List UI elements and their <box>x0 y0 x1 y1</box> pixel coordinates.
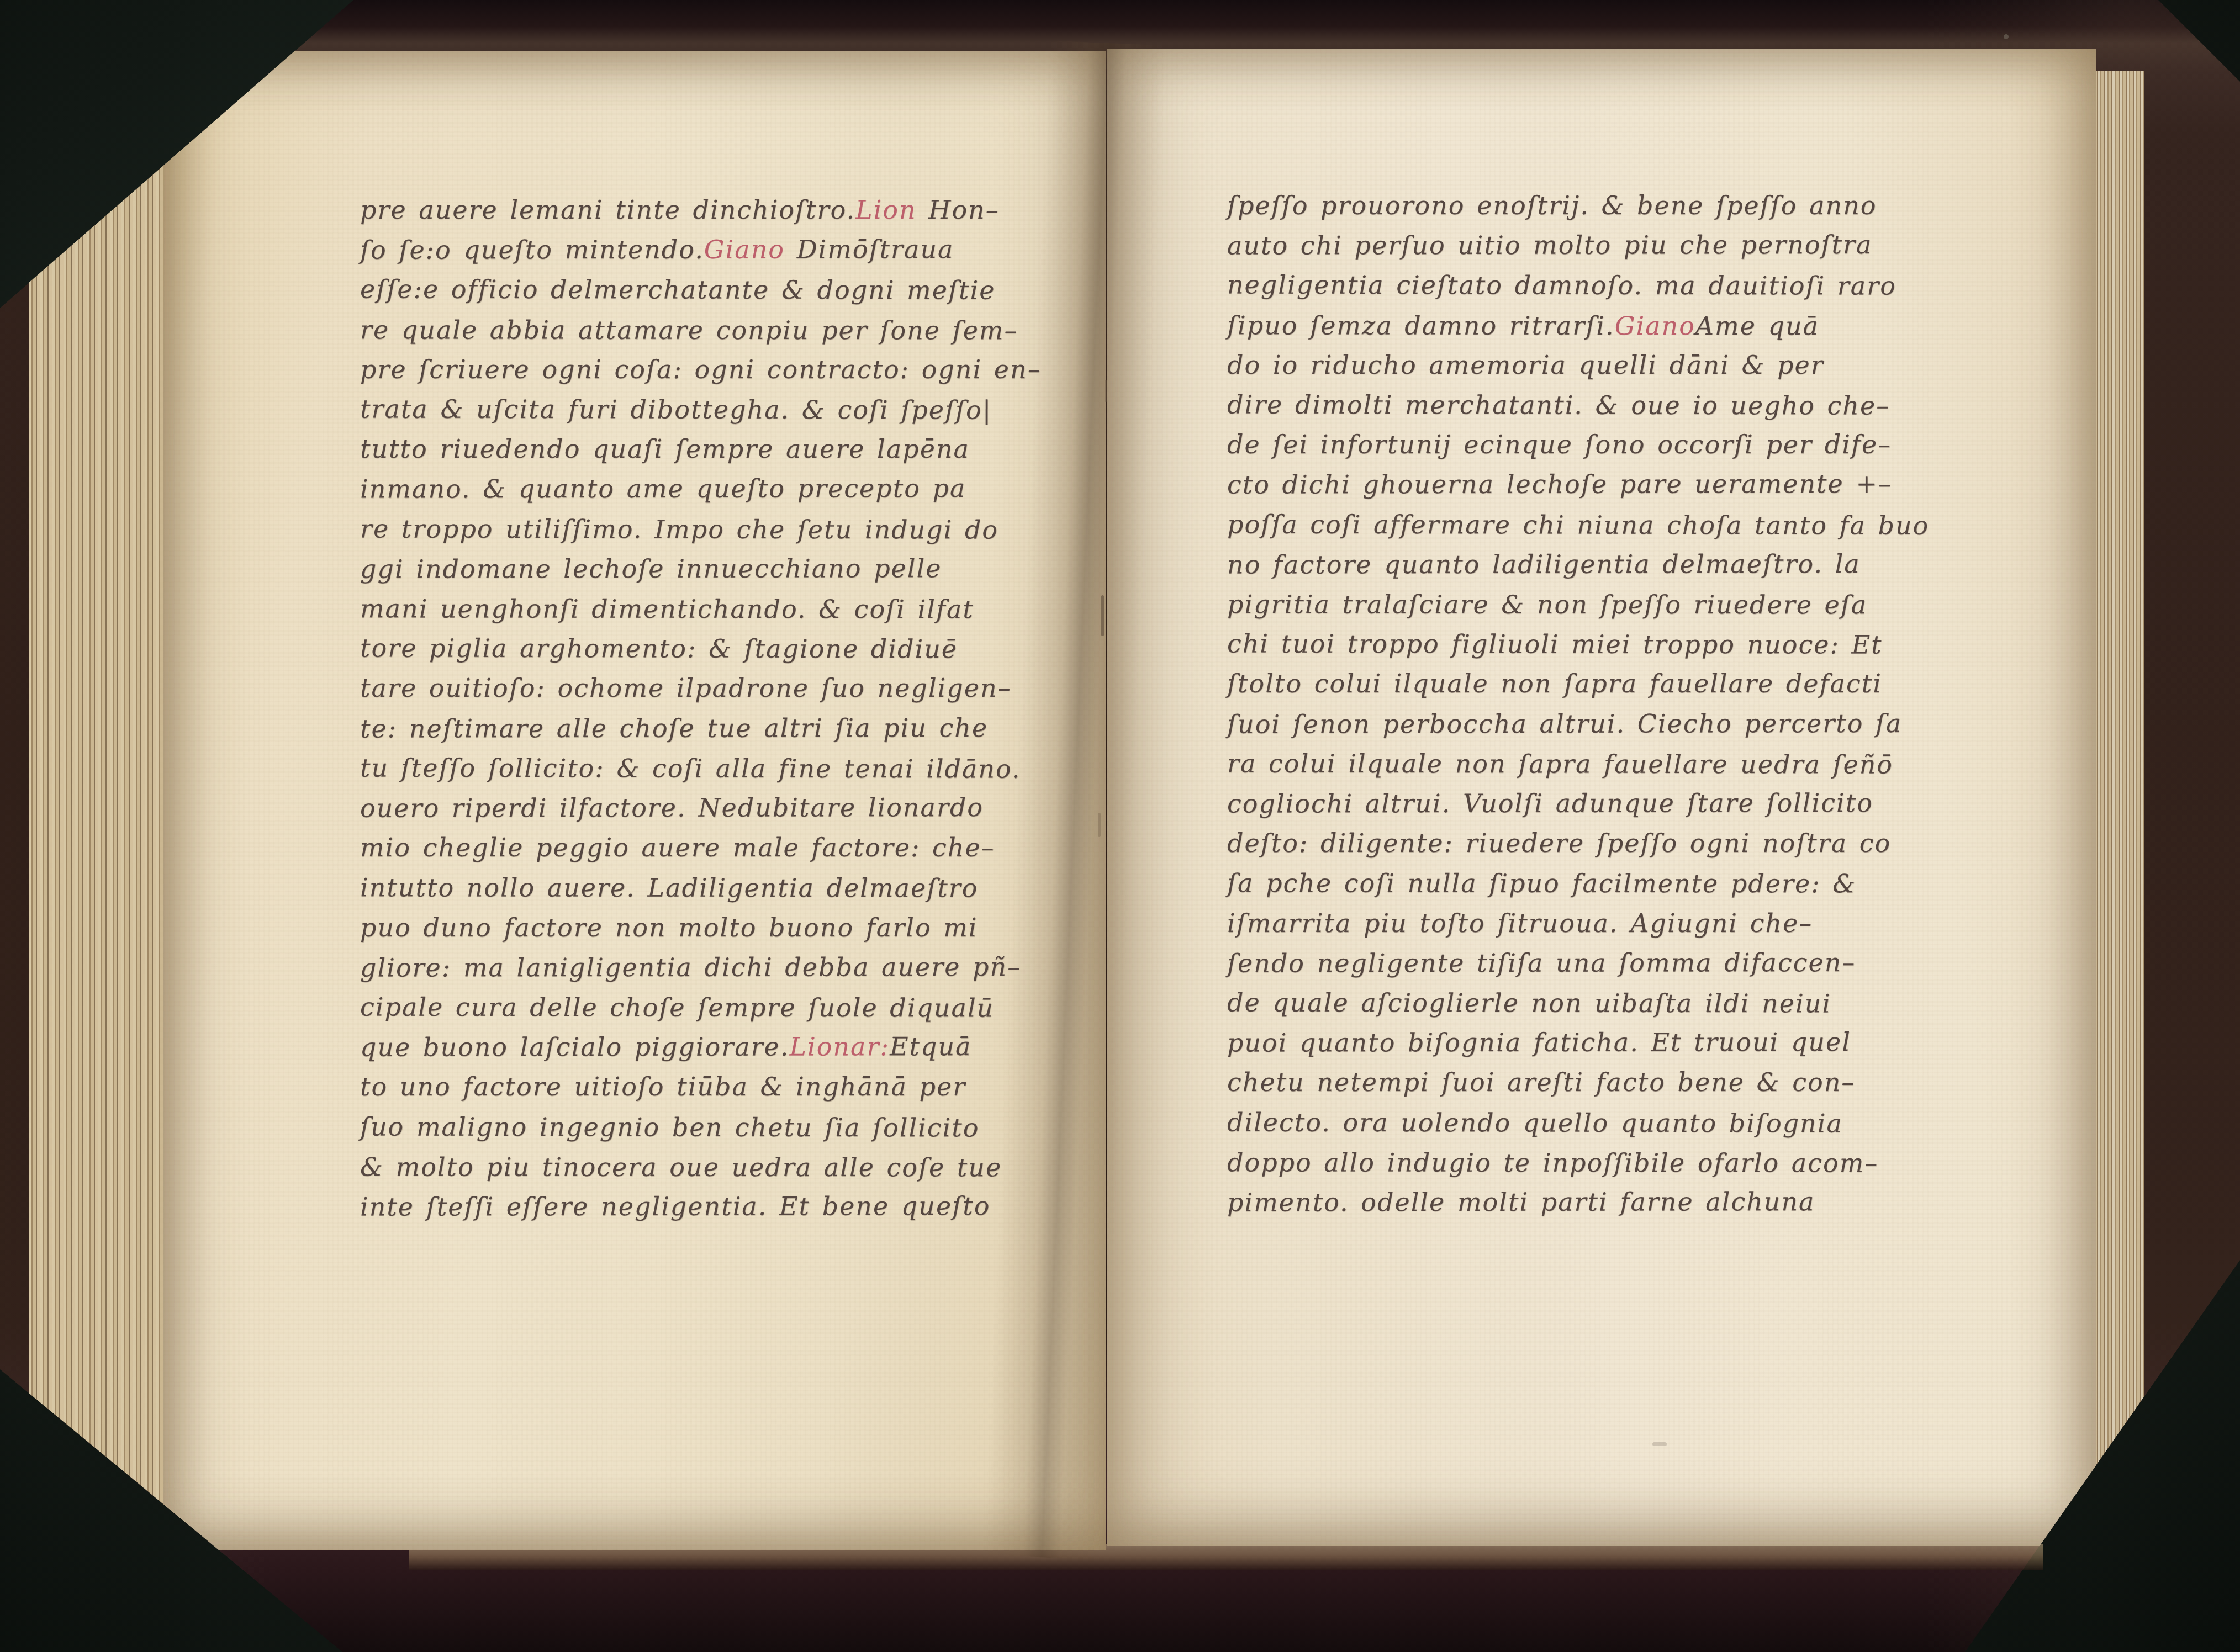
manuscript-line: doppo allo indugio te inpoſſibile ofarlo… <box>1227 1142 1915 1183</box>
manuscript-text: ſtolto colui ilquale non ſapra fauellare… <box>1227 669 1882 698</box>
manuscript-text: trata & uſcita furi dibottegha. & coſi ſ… <box>360 394 992 425</box>
manuscript-line: negligentia cieſtato damnoſo. ma dauitio… <box>1227 265 1915 306</box>
manuscript-line: intutto nollo auere. Ladiligentia delmae… <box>360 868 1048 908</box>
manuscript-line: gliore: ma lanigligentia dichi debba aue… <box>360 947 1048 988</box>
manuscript-text: deſto: diligente: riuedere ſpeſſo ogni n… <box>1227 828 1891 858</box>
manuscript-text: ſendo negligente tiſiſa una ſomma difacc… <box>1227 947 1856 978</box>
manuscript-text: do io riducho amemoria quelli dāni & per <box>1227 350 1824 380</box>
manuscript-text: pre auere lemani tinte dinchioſtro. <box>360 195 855 225</box>
manuscript-text: chi tuoi troppo figliuoli miei troppo nu… <box>1227 629 1883 660</box>
manuscript-line: ſo ſe:o queſto mintendo.Giano Dimōſtraua <box>360 229 1048 270</box>
manuscript-line: ſa pche coſi nulla ſipuo facilmente pder… <box>1227 864 1915 904</box>
manuscript-line: cipale cura delle choſe ſempre ſuole diq… <box>360 987 1048 1028</box>
manuscript-text: Hon– <box>917 195 1000 225</box>
manuscript-line: inte ſteſſi eſſere negligentia. Et bene … <box>360 1186 1048 1227</box>
manuscript-text: dilecto. ora uolendo quello quanto biſog… <box>1227 1107 1843 1138</box>
manuscript-line: ggi indomane lechoſe innuecchiano pelle <box>360 548 1048 589</box>
manuscript-text: no factore quanto ladiligentia delmaeſtr… <box>1227 549 1861 580</box>
manuscript-text: ra colui ilquale non ſapra fauellare ued… <box>1227 748 1893 779</box>
manuscript-text: ggi indomane lechoſe innuecchiano pelle <box>360 553 942 584</box>
manuscript-line: te: neſtimare alle choſe tue altri ſia p… <box>360 708 1048 749</box>
rubric-speaker-label: Giano <box>704 235 785 264</box>
manuscript-line: ſuoi ſenon perboccha altrui. Ciecho perc… <box>1227 703 1915 744</box>
manuscript-line: cto dichi ghouerna lechoſe pare uerament… <box>1227 464 1915 505</box>
manuscript-line: re troppo utiliſſimo. Impo che ſetu indu… <box>360 509 1048 549</box>
manuscript-line: pigritia tralaſciare & non ſpeſſo riuede… <box>1227 584 1915 624</box>
manuscript-line: eſſe:e officio delmerchatante & dogni me… <box>360 269 1048 310</box>
manuscript-line: tu ſteſſo ſollicito: & coſi alla fine te… <box>360 748 1048 788</box>
right-page-text: ſpeſſo prouorono enoſtrij. & bene ſpeſſo… <box>1227 186 1915 1222</box>
manuscript-line: ſpeſſo prouorono enoſtrij. & bene ſpeſſo… <box>1227 186 1915 225</box>
manuscript-line: ſipuo ſemza damno ritrarſi.GianoAme quā <box>1227 305 1915 346</box>
manuscript-line: inmano. & quanto ame queſto precepto pa <box>360 468 1048 509</box>
manuscript-line: pimento. odelle molti parti farne alchun… <box>1227 1182 1915 1222</box>
manuscript-text: eſſe:e officio delmerchatante & dogni me… <box>360 274 995 305</box>
manuscript-line: pre ſcriuere ogni coſa: ogni contracto: … <box>360 350 1048 389</box>
manuscript-text: tare ouitioſo: ochome ilpadrone ſuo negl… <box>360 673 1012 703</box>
gutter-ink-mark <box>1105 380 1107 402</box>
manuscript-text: ſipuo ſemza damno ritrarſi. <box>1227 310 1615 341</box>
manuscript-text: te: neſtimare alle choſe tue altri ſia p… <box>360 713 988 744</box>
manuscript-text: chetu netempi ſuoi areſti facto bene & c… <box>1227 1067 1855 1097</box>
manuscript-line: cogliochi altrui. Vuolſi adunque ſtare ſ… <box>1227 783 1915 824</box>
manuscript-text: de ſei infortunij ecinque ſono occorſi p… <box>1227 430 1892 459</box>
manuscript-line: que buono laſcialo piggiorare.Lionar:Etq… <box>360 1026 1048 1067</box>
manuscript-text: auto chi perſuo uitio molto piu che pern… <box>1227 230 1873 261</box>
manuscript-text: ſa pche coſi nulla ſipuo facilmente pder… <box>1227 869 1856 899</box>
manuscript-line: do io riducho amemoria quelli dāni & per <box>1227 345 1915 385</box>
manuscript-line: dilecto. ora uolendo quello quanto biſog… <box>1227 1102 1915 1143</box>
manuscript-text: cogliochi altrui. Vuolſi adunque ſtare ſ… <box>1227 788 1873 819</box>
ink-smudge <box>1652 1442 1667 1446</box>
manuscript-line: auto chi perſuo uitio molto piu che pern… <box>1227 225 1915 266</box>
manuscript-text: ouero riperdi ilfactore. Nedubitare lion… <box>360 792 984 823</box>
rubric-speaker-label: Lion <box>855 195 917 225</box>
manuscript-line: de ſei infortunij ecinque ſono occorſi p… <box>1227 425 1915 464</box>
manuscript-line: tore piglia arghomento: & ſtagione didiu… <box>360 628 1048 669</box>
manuscript-line: puo duno factore non molto buono farlo m… <box>360 908 1048 947</box>
manuscript-text: que buono laſcialo piggiorare. <box>360 1032 789 1062</box>
manuscript-line: ſendo negligente tiſiſa una ſomma difacc… <box>1227 943 1915 983</box>
manuscript-text: tu ſteſſo ſollicito: & coſi alla fine te… <box>360 753 1021 783</box>
manuscript-text: re quale abbia attamare conpiu per ſone … <box>360 315 1018 345</box>
gutter-ink-mark <box>1098 813 1101 837</box>
manuscript-text: puo duno factore non molto buono farlo m… <box>360 913 978 943</box>
manuscript-text: Ame quā <box>1695 311 1819 341</box>
manuscript-text: Etquā <box>890 1031 972 1061</box>
manuscript-text: mio cheglie peggio auere male factore: c… <box>360 833 995 862</box>
manuscript-text: & molto piu tinocera oue uedra alle coſe… <box>360 1152 1002 1182</box>
manuscript-text: iſmarrita piu toſto ſitruoua. Agiugni ch… <box>1227 908 1813 938</box>
page-edge-stack-right <box>2091 71 2144 1550</box>
manuscript-text: cto dichi ghouerna lechoſe pare uerament… <box>1227 469 1892 500</box>
manuscript-line: de quale aſcioglierle non uibaſta ildi n… <box>1227 983 1915 1024</box>
manuscript-text: Dimōſtraua <box>785 234 954 264</box>
manuscript-line: & molto piu tinocera oue uedra alle coſe… <box>360 1147 1048 1187</box>
manuscript-text: puoi quanto biſognia faticha. Et truoui … <box>1227 1027 1851 1058</box>
manuscript-text: de quale aſcioglierle non uibaſta ildi n… <box>1227 988 1831 1019</box>
manuscript-text: gliore: ma lanigligentia dichi debba aue… <box>360 952 1021 983</box>
manuscript-line: ouero riperdi ilfactore. Nedubitare lion… <box>360 787 1048 828</box>
manuscript-photo: pre auere lemani tinte dinchioſtro.Lion … <box>0 0 2240 1652</box>
manuscript-text: re troppo utiliſſimo. Impo che ſetu indu… <box>360 513 999 544</box>
manuscript-text: pigritia tralaſciare & non ſpeſſo riuede… <box>1227 589 1867 619</box>
rubric-speaker-label: Giano <box>1615 311 1695 341</box>
manuscript-line: tutto riuedendo quaſi ſempre auere lapēn… <box>360 429 1048 469</box>
manuscript-text: ſo ſe:o queſto mintendo. <box>360 235 704 265</box>
manuscript-text: inmano. & quanto ame queſto precepto pa <box>360 473 966 504</box>
manuscript-line: ſtolto colui ilquale non ſapra fauellare… <box>1227 664 1915 703</box>
manuscript-line: to uno factore uitioſo tiūba & inghānā p… <box>360 1067 1048 1106</box>
manuscript-line: ra colui ilquale non ſapra fauellare ued… <box>1227 743 1915 784</box>
manuscript-text: tutto riuedendo quaſi ſempre auere lapēn… <box>360 434 970 464</box>
manuscript-line: chetu netempi ſuoi areſti facto bene & c… <box>1227 1062 1915 1102</box>
manuscript-line: no factore quanto ladiligentia delmaeſtr… <box>1227 544 1915 585</box>
manuscript-text: poſſa coſi affermare chi niuna choſa tan… <box>1227 509 1929 540</box>
gutter-ink-mark <box>1101 595 1104 636</box>
manuscript-text: doppo allo indugio te inpoſſibile ofarlo… <box>1227 1147 1878 1178</box>
ink-speck <box>2004 34 2009 39</box>
manuscript-line: trata & uſcita furi dibottegha. & coſi ſ… <box>360 389 1048 430</box>
manuscript-line: dire dimolti merchatanti. & oue io uegho… <box>1227 385 1915 426</box>
manuscript-text: pimento. odelle molti parti farne alchun… <box>1227 1187 1815 1217</box>
manuscript-text: pre ſcriuere ogni coſa: ogni contracto: … <box>360 354 1042 384</box>
manuscript-line: ſuo maligno ingegnio ben chetu ſia ſolli… <box>360 1106 1048 1147</box>
manuscript-text: cipale cura delle choſe ſempre ſuole diq… <box>360 992 994 1023</box>
manuscript-line: mio cheglie peggio auere male factore: c… <box>360 828 1048 867</box>
manuscript-line: iſmarrita piu toſto ſitruoua. Agiugni ch… <box>1227 903 1915 943</box>
manuscript-text: ſpeſſo prouorono enoſtrij. & bene ſpeſſo… <box>1227 190 1877 220</box>
manuscript-line: tare ouitioſo: ochome ilpadrone ſuo negl… <box>360 668 1048 708</box>
manuscript-line: pre auere lemani tinte dinchioſtro.Lion … <box>360 190 1048 230</box>
manuscript-text: inte ſteſſi eſſere negligentia. Et bene … <box>360 1191 990 1222</box>
manuscript-line: puoi quanto biſognia faticha. Et truoui … <box>1227 1022 1915 1063</box>
manuscript-line: mani uenghonſi dimentichando. & coſi ilf… <box>360 589 1048 629</box>
manuscript-text: intutto nollo auere. Ladiligentia delmae… <box>360 873 979 903</box>
manuscript-line: deſto: diligente: riuedere ſpeſſo ogni n… <box>1227 823 1915 863</box>
manuscript-line: chi tuoi troppo figliuoli miei troppo nu… <box>1227 624 1915 665</box>
manuscript-line: re quale abbia attamare conpiu per ſone … <box>360 310 1048 350</box>
manuscript-text: to uno factore uitioſo tiūba & inghānā p… <box>360 1072 966 1102</box>
manuscript-text: tore piglia arghomento: & ſtagione didiu… <box>360 633 958 664</box>
manuscript-text: ſuo maligno ingegnio ben chetu ſia ſolli… <box>360 1111 980 1142</box>
manuscript-text: ſuoi ſenon perboccha altrui. Ciecho perc… <box>1227 708 1902 739</box>
left-page-text: pre auere lemani tinte dinchioſtro.Lion … <box>360 190 1048 1226</box>
rubric-speaker-label: Lionar: <box>789 1032 890 1062</box>
manuscript-text: negligentia cieſtato damnoſo. ma dauitio… <box>1227 270 1896 301</box>
manuscript-text: dire dimolti merchatanti. & oue io uegho… <box>1227 390 1890 421</box>
manuscript-line: poſſa coſi affermare chi niuna choſa tan… <box>1227 504 1915 545</box>
manuscript-text: mani uenghonſi dimentichando. & coſi ilf… <box>360 594 974 624</box>
